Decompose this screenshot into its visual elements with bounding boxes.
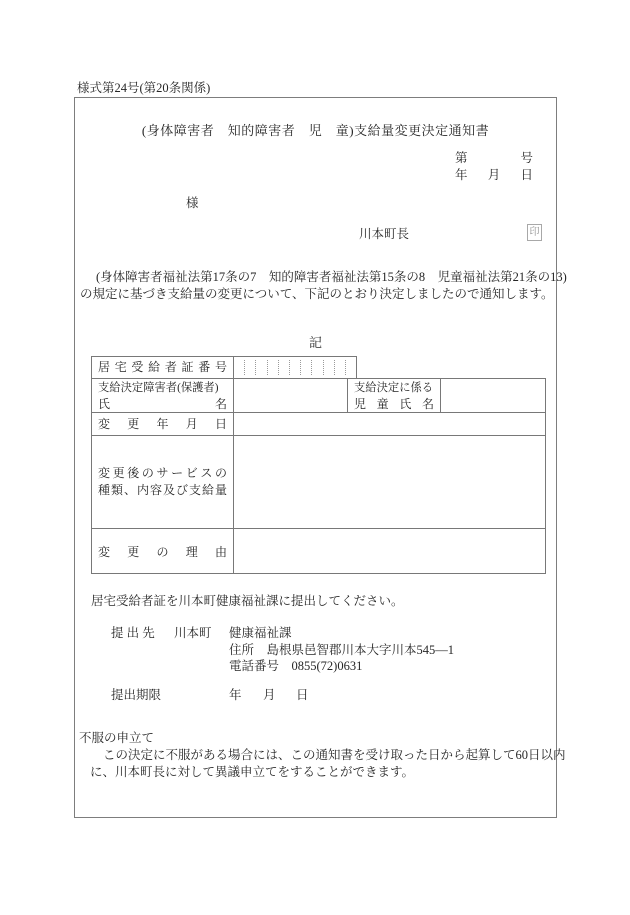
table-row: 支給決定障害者(保護者) 氏名 支給決定に係る 児童氏名 [92,379,545,413]
table-row: 変更年月日 [92,413,545,436]
appeal-title: 不服の申立て [79,730,154,747]
doc-number-prefix: 第 [455,150,468,167]
person-name-label-top: 支給決定障害者(保護者) [98,380,227,396]
digit-slot [289,360,300,375]
deadline-day-label: 日 [296,687,309,704]
digit-slot [300,360,311,375]
addressee-honorific: 様 [186,195,199,212]
service-label-line1: 変更後のサービスの [98,465,227,482]
doc-number-suffix: 号 [520,150,533,167]
submit-to-phone: 電話番号 0855(72)0631 [229,658,362,675]
seal-icon: 印 [527,224,542,241]
person-name-label-bottom: 氏名 [98,396,227,412]
service-label: 変更後のサービスの 種類、内容及び支給量 [92,436,234,528]
details-table: 支給決定障害者(保護者) 氏名 支給決定に係る 児童氏名 変更年月日 変更後のサ… [91,378,546,574]
child-name-value [441,379,545,412]
digit-slot [334,360,345,375]
child-name-label-top: 支給決定に係る [354,380,434,396]
digit-slot [323,360,334,375]
digit-slot [244,360,255,375]
change-reason-label: 変更の理由 [92,529,234,573]
service-value [234,436,545,528]
digit-slot [278,360,289,375]
child-name-label-bottom: 児童氏名 [354,396,434,412]
submit-to-label: 提 出 先 [111,625,155,642]
person-name-label: 支給決定障害者(保護者) 氏名 [92,379,234,412]
submit-note: 居宅受給者証を川本町健康福祉課に提出してください。 [91,593,404,610]
issuer-name: 川本町長 [359,226,409,243]
legal-basis-line2: の規定に基づき支給量の変更について、下記のとおり決定しましたので通知します。 [80,286,550,303]
deadline-label: 提出期限 [111,687,161,704]
date-year-label: 年 [455,167,468,184]
change-date-label: 変更年月日 [92,413,234,435]
submit-to-town: 川本町 [174,625,212,642]
appeal-line2: に、川本町長に対して異議申立てをすることができます。 [90,764,414,781]
submit-to-address: 住所 島根県邑智郡川本大字川本545—1 [229,642,454,659]
digit-slot [267,360,278,375]
child-name-label: 支給決定に係る 児童氏名 [348,379,441,412]
ki-marker: 記 [75,334,556,351]
appeal-line1: この決定に不服がある場合には、この通知書を受け取った日から起算して60日以内 [103,747,566,764]
issue-date-line: 年 月 日 [455,167,533,184]
document-title: (身体障害者 知的障害者 児 童)支給量変更決定通知書 [75,122,556,139]
legal-basis-line1: (身体障害者福祉法第17条の7 知的障害者福祉法第15条の8 児童福祉法第21条… [80,269,550,286]
deadline-month-label: 月 [263,687,276,704]
document-page: 様式第24号(第20条関係) (身体障害者 知的障害者 児 童)支給量変更決定通… [0,0,630,915]
change-reason-value [234,529,545,573]
doc-number-line: 第 号 [455,150,533,167]
submit-to-department: 健康福祉課 [229,625,292,642]
table-row: 変更後のサービスの 種類、内容及び支給量 [92,436,545,529]
service-label-line2: 種類、内容及び支給量 [98,482,227,499]
recipient-cert-number-boxes [234,357,356,378]
recipient-cert-row: 居宅受給者証番号 [91,356,357,379]
deadline-year-label: 年 [229,687,242,704]
table-row: 変更の理由 [92,529,545,573]
date-month-label: 月 [488,167,501,184]
person-name-value [234,379,348,412]
change-date-value [234,413,545,435]
digit-slot [311,360,322,375]
date-day-label: 日 [520,167,533,184]
recipient-cert-label: 居宅受給者証番号 [92,357,234,378]
digit-slot [345,360,356,375]
form-number-label: 様式第24号(第20条関係) [77,80,210,97]
legal-basis-paragraph: (身体障害者福祉法第17条の7 知的障害者福祉法第15条の8 児童福祉法第21条… [80,269,550,303]
digit-slot [234,360,244,375]
notice-box: (身体障害者 知的障害者 児 童)支給量変更決定通知書 第 号 年 月 日 様 … [74,97,557,818]
digit-slot [255,360,266,375]
